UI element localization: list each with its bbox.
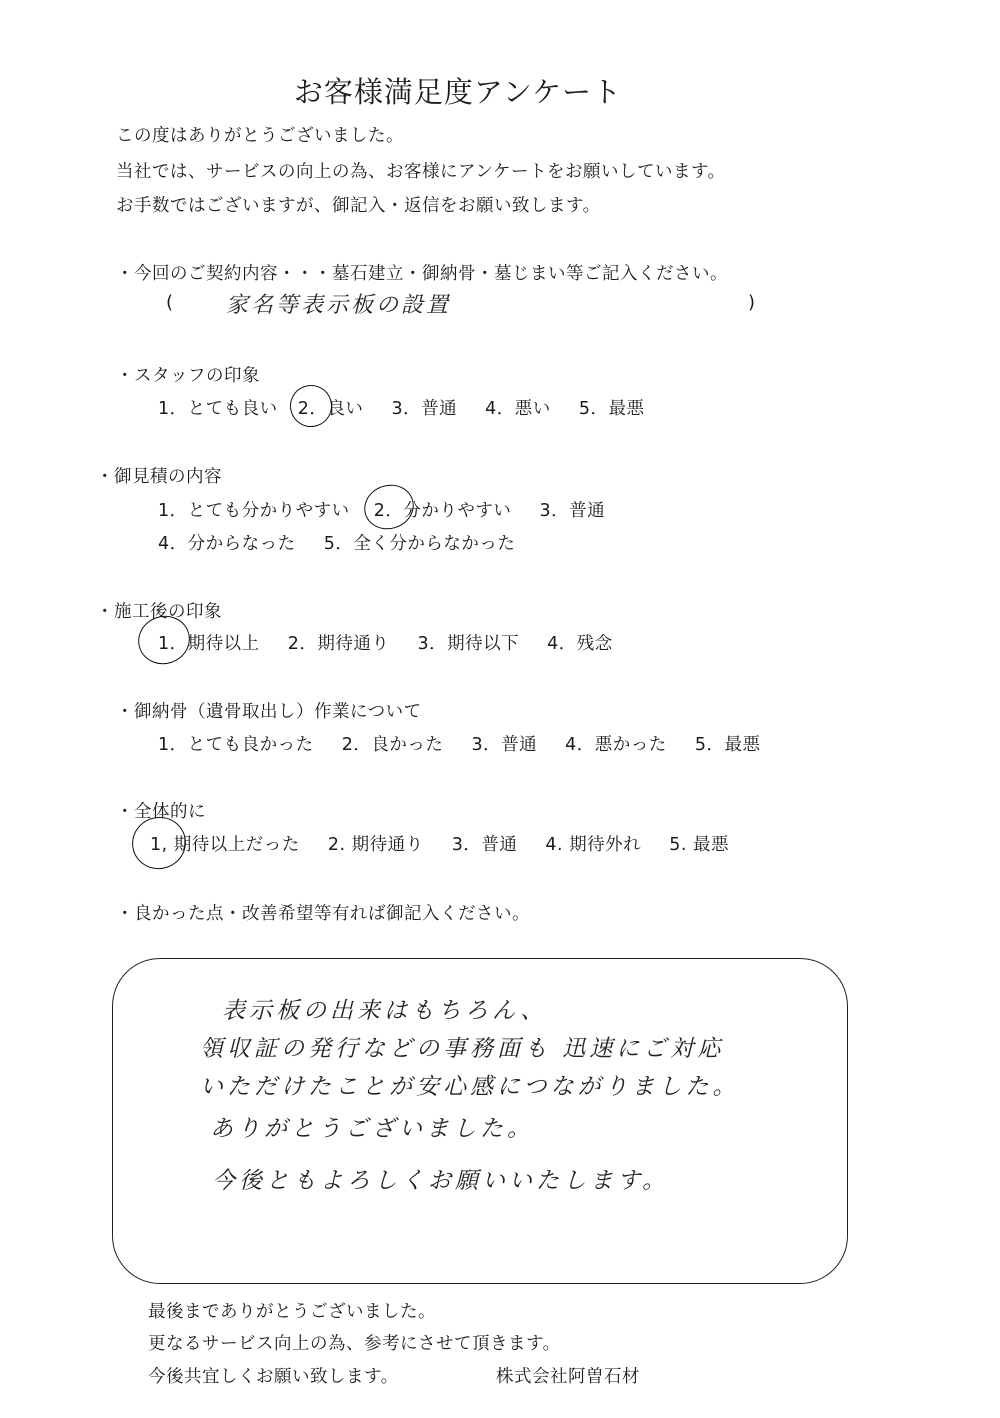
question-overall-label: ・全体的に	[116, 798, 206, 823]
question-estimate-options-row1: 1．とても分かりやすい 2．分かりやすい 3．普通	[158, 497, 627, 522]
contract-paren-open: (	[166, 292, 173, 313]
question-overall-options: 1, 期待以上だった 2. 期待通り 3．普通 4. 期待外れ 5. 最悪	[150, 831, 751, 856]
question-staff-label: ・スタッフの印象	[116, 362, 260, 387]
question-estimate-options-row2: 4．分からなった 5．全く分からなかった	[158, 530, 537, 555]
option-staff-1[interactable]: 1．とても良い	[158, 395, 278, 420]
question-nokotsu-options: 1．とても良かった 2．良かった 3．普通 4．悪かった 5．最悪	[158, 731, 783, 756]
comment-line-4: ありがとうございました。	[210, 1110, 534, 1143]
option-nokotsu-4[interactable]: 4．悪かった	[565, 731, 667, 756]
option-after-2[interactable]: 2．期待通り	[288, 630, 390, 655]
intro-line-1: この度はありがとうございました。	[116, 122, 404, 147]
page-title: お客様満足度アンケート	[0, 70, 916, 111]
option-overall-1[interactable]: 1, 期待以上だった	[150, 831, 300, 856]
option-staff-2-label: 2．良い	[298, 399, 364, 419]
contract-paren-close: )	[748, 292, 755, 313]
option-staff-3[interactable]: 3．普通	[391, 395, 457, 420]
comment-line-1: 表示板の出来はもちろん、	[222, 992, 547, 1025]
option-overall-3[interactable]: 3．普通	[452, 831, 518, 856]
option-nokotsu-3[interactable]: 3．普通	[471, 731, 537, 756]
intro-line-3: お手数ではございますが、御記入・返信をお願い致します。	[116, 192, 601, 217]
question-staff-options: 1．とても良い 2．良い 3．普通 4．悪い 5．最悪	[158, 395, 667, 420]
contract-question: ・今回のご契約内容・・・墓石建立・御納骨・墓じまい等ご記入ください。	[116, 260, 728, 285]
question-nokotsu-label: ・御納骨（遺骨取出し）作業について	[116, 698, 422, 723]
comment-line-5: 今後ともよろしくお願いいたします。	[212, 1162, 669, 1195]
option-estimate-2[interactable]: 2．分かりやすい	[374, 497, 512, 522]
option-overall-4[interactable]: 4. 期待外れ	[545, 831, 641, 856]
option-overall-5[interactable]: 5. 最悪	[669, 831, 729, 856]
option-overall-1-label: 1, 期待以上だった	[150, 835, 300, 855]
option-after-1[interactable]: 1．期待以上	[158, 630, 260, 655]
company-name: 株式会社阿曽石材	[496, 1363, 640, 1388]
comment-line-2: 領収証の発行などの事務面も 迅速にご対応	[200, 1030, 724, 1063]
option-nokotsu-5[interactable]: 5．最悪	[695, 731, 761, 756]
option-estimate-2-label: 2．分かりやすい	[374, 501, 512, 521]
question-after-options: 1．期待以上 2．期待通り 3．期待以下 4．残念	[158, 630, 635, 655]
option-staff-4[interactable]: 4．悪い	[485, 395, 551, 420]
contract-answer-field[interactable]: 家名等表示板の設置	[226, 288, 451, 319]
footer-line-1: 最後までありがとうございました。	[148, 1298, 436, 1323]
option-staff-5[interactable]: 5．最悪	[579, 395, 645, 420]
option-nokotsu-2[interactable]: 2．良かった	[342, 731, 444, 756]
footer-line-2: 更なるサービス向上の為、参考にさせて頂きます。	[148, 1330, 561, 1355]
option-estimate-3[interactable]: 3．普通	[539, 497, 605, 522]
option-estimate-1[interactable]: 1．とても分かりやすい	[158, 497, 350, 522]
option-nokotsu-1[interactable]: 1．とても良かった	[158, 731, 314, 756]
intro-line-2: 当社では、サービスの向上の為、お客様にアンケートをお願いしています。	[116, 158, 726, 183]
option-estimate-5[interactable]: 5．全く分からなかった	[324, 530, 516, 555]
option-after-4[interactable]: 4．残念	[547, 630, 613, 655]
comment-line-3: いただけたことが安心感につながりました。	[200, 1068, 740, 1101]
footer-line-3: 今後共宜しくお願い致します。	[148, 1363, 399, 1388]
option-overall-2[interactable]: 2. 期待通り	[328, 831, 424, 856]
comments-prompt: ・良かった点・改善希望等有れば御記入ください。	[116, 900, 530, 925]
question-after-label: ・施工後の印象	[96, 598, 222, 623]
option-after-3[interactable]: 3．期待以下	[417, 630, 519, 655]
option-estimate-4[interactable]: 4．分からなった	[158, 530, 296, 555]
option-staff-2[interactable]: 2．良い	[298, 395, 364, 420]
option-after-1-label: 1．期待以上	[158, 634, 260, 654]
question-estimate-label: ・御見積の内容	[96, 463, 222, 488]
